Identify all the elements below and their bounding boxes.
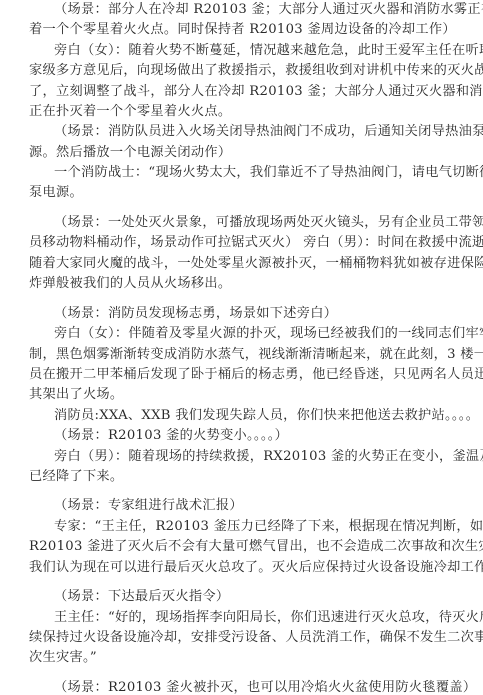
text-line: 一个消防战士：“现场火势太大，我们靠近不了导热油阀门，请电气切断循环 [54,163,483,183]
text-line: 员移动物料桶动作，场景动作可拉锯式灭火） 旁白（男）：时间在救援中流逝， [29,233,483,253]
text-line: 制，黑色烟雾渐渐转变成消防水蒸气，视线渐渐清晰起来，就在此刻，3 楼一消防 [29,345,483,365]
text-line: 正在扑灭着一个个零星着火火点。 [29,102,231,122]
text-line: 泵电源。 [29,183,83,203]
text-line: （场景：下达最后灭火指令） [54,587,229,607]
text-line: （场景：消防队员进入火场关闭导热油阀门不成功，后通知关闭导热油泵电 [54,122,483,142]
text-line: R20103 釜进了灭火后不会有大量可燃气冒出，也不会造成二次事故和次生灾害， [29,537,483,557]
text-line: 源。然后播放一个电源关闭动作） [29,143,231,163]
text-line: （场景：一处处灭火景象，可播放现场两处灭火镜头，另有企业员工带领消防 [54,213,483,233]
text-line: 专家：“王主任，R20103 釜压力已经降了下来，根据现在情况判断，如果 [54,517,483,537]
text-line: 王主任：“好的，现场指挥李向阳局长，你们迅速进行灭火总攻，待灭火后继 [54,608,483,628]
text-line: 其架出了火场。 [29,385,123,405]
text-line: 员在搬开二甲苯桶后发现了卧于桶后的杨志勇，他已经昏迷，只见两名人员迅速将 [29,365,483,385]
text-line: 我们认为现在可以进行最后灭火总攻了。灭火后应保持过火设备设施冷却工作。” [29,558,483,578]
text-line: 旁白（男）：随着现场的持续救援，RX20103 釜的火势正在变小，釜温及压力 [54,447,483,467]
text-line: （场景：部分人在冷却 R20103 釜；大部分人通过灭火器和消防水雾正在扑灭 [54,0,483,20]
text-line: 随着大家同火魔的战斗，一处处零星火源被扑灭，一桶桶物料犹如被存进保险箱的 [29,254,483,274]
text-line: 家级多方意见后，向现场做出了救援指示，救援组收到对讲机中传来的灭火战术 [29,61,483,81]
text-line: 旁白（女）：随着火势不断蔓延，情况越来越危急，此时王爱军主任在听取专 [54,41,483,61]
text-line: （场景：R20103 釜火被扑灭，也可以用冷焰火火盆使用防火毯覆盖） [54,678,476,695]
text-line: 旁白（女）：伴随着及零星火源的扑灭，现场已经被我们的一线同志们牢牢控 [54,324,483,344]
text-line: 次生灾害。” [29,648,97,668]
text-line: 着一个个零星着火火点。同时保持者 R20103 釜周边设备的冷却工作） [29,20,456,40]
text-line: 了，立刻调整了战斗，部分人在冷却 R20103 釜；大部分人通过灭火器和消防水雾 [29,82,483,102]
text-line: （场景：R20103 釜的火势变小。。。。） [54,426,288,446]
text-line: 消防员:XXA、XXB 我们发现失踪人员，你们快来把他送去救护站。。。。 [54,406,479,426]
text-line: （场景：专家组进行战术汇报） [54,496,243,516]
text-line: 炸弹般被我们的人员从火场移出。 [29,274,231,294]
text-line: （场景：消防员发现杨志勇，场景如下述旁白） [54,304,337,324]
text-line: 续保持过火设备设施冷却，安排受污设备、人员洗消工作，确保不发生二次事故及 [29,628,483,648]
text-line: 已经降了下来。 [29,467,123,487]
